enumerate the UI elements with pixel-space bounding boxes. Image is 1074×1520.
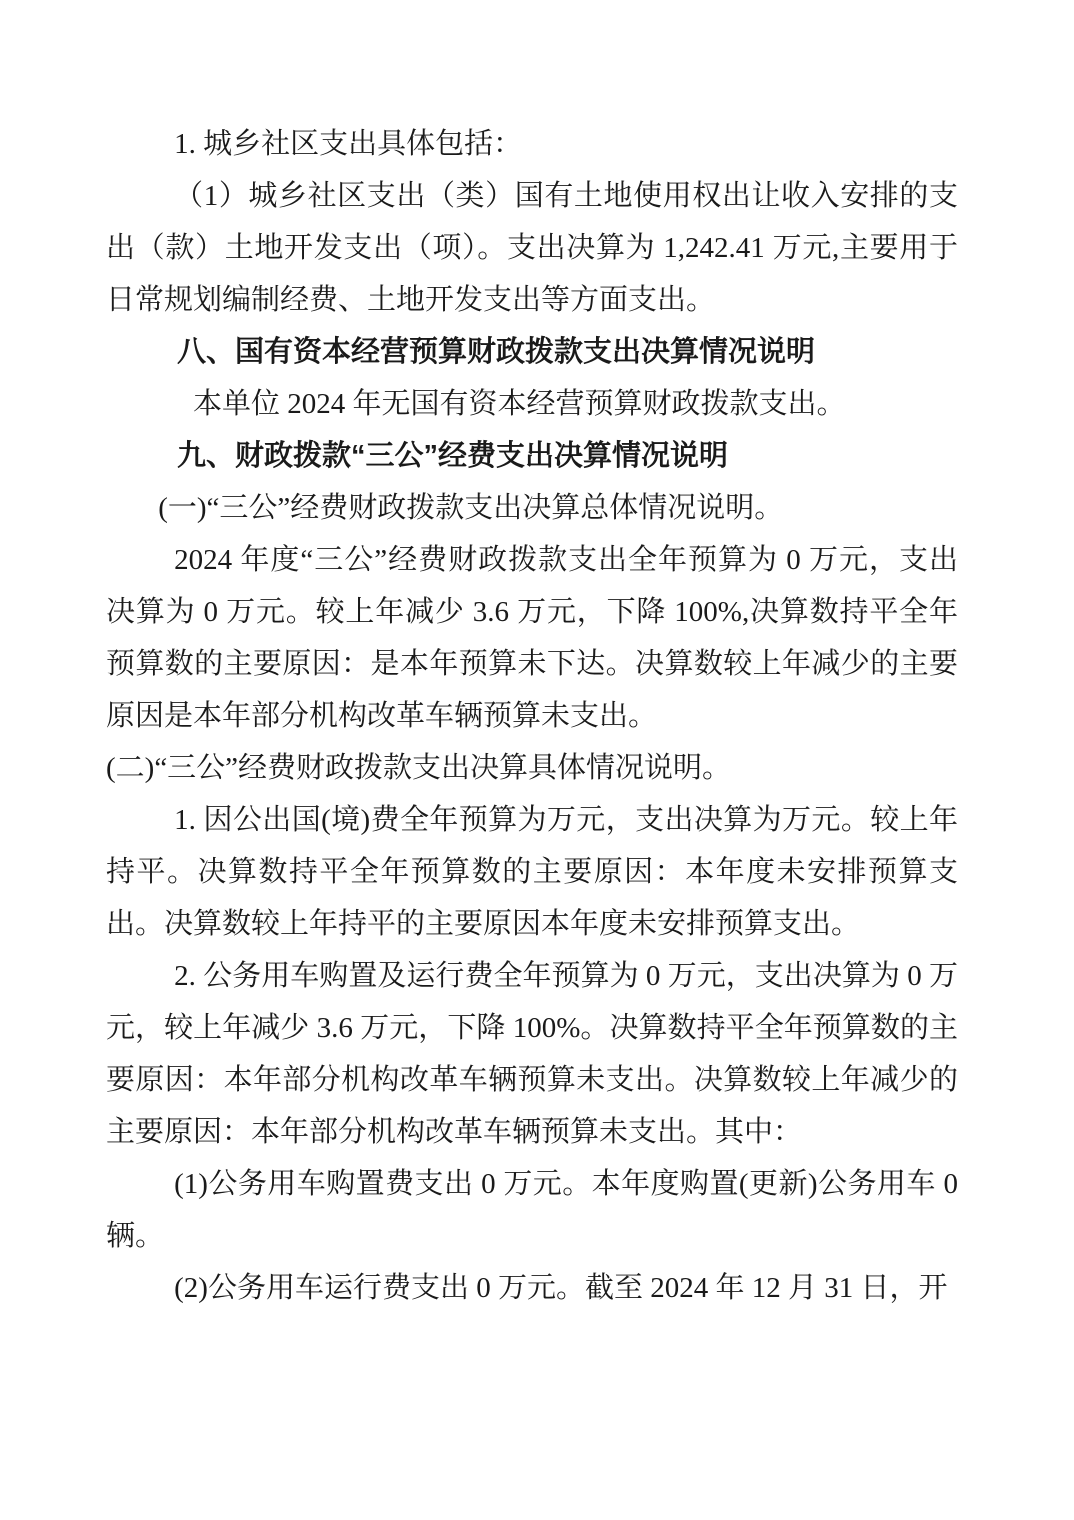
document-page: 1. 城乡社区支出具体包括： （1）城乡社区支出（类）国有土地使用权出让收入安排…: [0, 0, 1074, 1520]
paragraph-community-expense-intro: 1. 城乡社区支出具体包括：: [106, 118, 958, 170]
document-body: 1. 城乡社区支出具体包括： （1）城乡社区支出（类）国有土地使用权出让收入安排…: [106, 118, 958, 1314]
paragraph-vehicle-operation-expense: (2)公务用车运行费支出 0 万元。截至 2024 年 12 月 31 日，开: [106, 1262, 958, 1314]
section-heading-8-state-capital-budget: 八、国有资本经营预算财政拨款支出决算情况说明: [106, 326, 958, 378]
subsection-1-overall-explanation-title: (一)“三公”经费财政拨款支出决算总体情况说明。: [106, 482, 958, 534]
subsection-2-specific-explanation-title: (二)“三公”经费财政拨款支出决算具体情况说明。: [106, 742, 958, 794]
paragraph-three-public-overall: 2024 年度“三公”经费财政拨款支出全年预算为 0 万元，支出决算为 0 万元…: [106, 534, 958, 742]
section-heading-9-three-public-funds: 九、财政拨款“三公”经费支出决算情况说明: [106, 430, 958, 482]
paragraph-overseas-travel-expense: 1. 因公出国(境)费全年预算为万元，支出决算为万元。较上年持平。决算数持平全年…: [106, 794, 958, 950]
paragraph-vehicle-purchase-expense: (1)公务用车购置费支出 0 万元。本年度购置(更新)公务用车 0 辆。: [106, 1158, 958, 1262]
paragraph-no-state-capital-expense: 本单位 2024 年无国有资本经营预算财政拨款支出。: [106, 378, 958, 430]
paragraph-official-vehicle-expense: 2. 公务用车购置及运行费全年预算为 0 万元，支出决算为 0 万元，较上年减少…: [106, 950, 958, 1158]
paragraph-land-development-expense: （1）城乡社区支出（类）国有土地使用权出让收入安排的支出（款）土地开发支出（项）…: [106, 170, 958, 326]
